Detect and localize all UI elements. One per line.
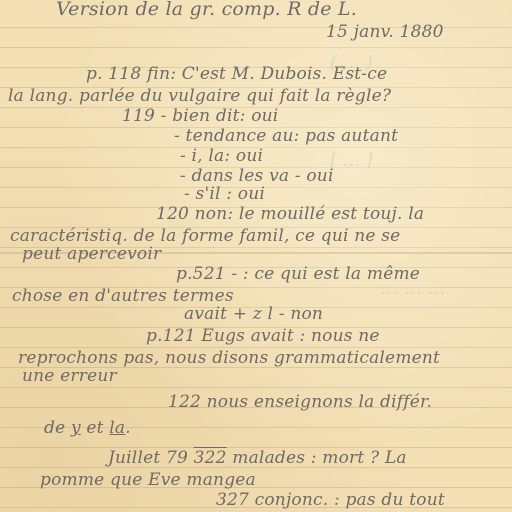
text-line: peut apercevoir — [22, 244, 161, 264]
overlined-number: 322 — [194, 448, 227, 468]
manuscript-page: ( ... ) [ ... ] … … … Version de la gr. … — [0, 0, 512, 512]
text-line: 327 conjonc. : pas du tout — [216, 490, 445, 510]
date-line: 15 janv. 1880 — [326, 22, 444, 42]
text-line: Juillet 79 322 malades : mort ? La — [108, 448, 407, 468]
text-line: 119 - bien dit: oui — [122, 106, 278, 126]
bleed-through-text: [ ... ] — [330, 150, 373, 171]
underlined-word: y — [71, 418, 81, 438]
text-line: - tendance au: pas autant — [174, 126, 398, 146]
text-line: p. 118 fin: C'est M. Dubois. Est-ce — [86, 64, 387, 84]
text-line: - s'il : oui — [184, 184, 265, 204]
text-span: de — [44, 418, 71, 438]
text-span: . — [125, 418, 131, 438]
text-line: - dans les va - oui — [180, 166, 334, 186]
text-line: 122 nous enseignons la différ. — [168, 392, 432, 412]
text-span: malades : mort ? La — [227, 448, 407, 468]
text-line: avait + z l - non — [184, 304, 323, 324]
text-line: reprochons pas, nous disons grammaticale… — [18, 348, 440, 368]
text-span: et — [81, 418, 110, 438]
text-line: pomme que Eve mangea — [40, 470, 256, 490]
text-line: une erreur — [22, 366, 117, 386]
text-line: p.521 - : ce qui est la même — [176, 264, 420, 284]
text-span: Juillet 79 — [108, 448, 194, 468]
text-line: caractéristiq. de la forme famil, ce qui… — [10, 226, 400, 246]
text-line: p.121 Eugs avait : nous ne — [146, 326, 380, 346]
underlined-word: la — [109, 418, 125, 438]
text-line: - i, la: oui — [180, 146, 263, 166]
text-line: de y et la. — [44, 418, 131, 438]
text-line: 120 non: le mouillé est touj. la — [156, 204, 424, 224]
text-line: la lang. parlée du vulgaire qui fait la … — [8, 86, 391, 106]
text-line: chose en d'autres termes — [12, 286, 234, 306]
title-line: Version de la gr. comp. R de L. — [56, 0, 357, 20]
